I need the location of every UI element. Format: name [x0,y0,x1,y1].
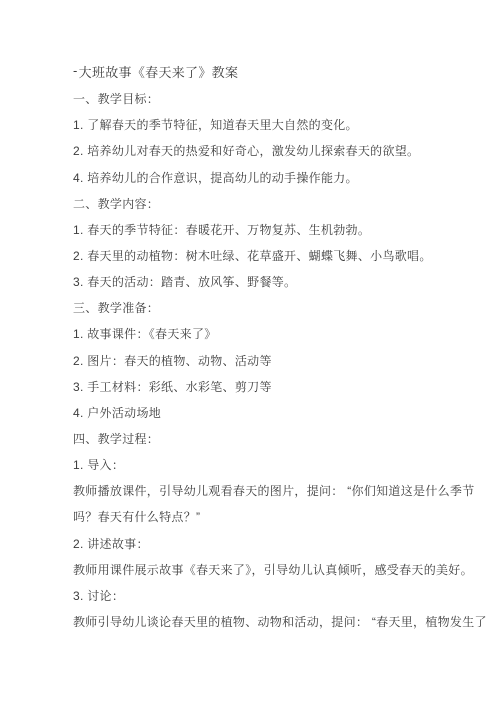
list-item-preparation-3: 3. 手工材料：彩纸、水彩笔、剪刀等 [73,374,482,400]
list-item-process-storytelling: 2. 讲述故事： [73,531,482,557]
list-item-objective-2: 2. 培养幼儿对春天的热爱和好奇心，激发幼儿探索春天的欲望。 [73,138,482,164]
paragraph-intro-question-1: 教师播放课件，引导幼儿观看春天的图片，提问： “你们知道这是什么季节 [73,478,482,504]
paragraph-discussion: 教师引导幼儿谈论春天里的植物、动物和活动，提问： “春天里，植物发生了 [73,609,482,635]
list-item-objective-4: 4. 培养幼儿的合作意识，提高幼儿的动手操作能力。 [73,165,482,191]
list-item-objective-1: 1. 了解春天的季节特征，知道春天里大自然的变化。 [73,112,482,138]
paragraph-storytelling: 教师用课件展示故事《春天来了》，引导幼儿认真倾听，感受春天的美好。 [73,557,482,583]
paragraph-intro-question-2: 吗？春天有什么特点？” [73,504,482,530]
section-heading-content: 二、教学内容： [73,191,482,217]
list-item-content-3: 3. 春天的活动：踏青、放风筝、野餐等。 [73,269,482,295]
section-heading-process: 四、教学过程： [73,426,482,452]
stray-mark: - [73,58,78,84]
section-heading-objectives: 一、教学目标： [73,86,482,112]
section-heading-preparation: 三、教学准备： [73,295,482,321]
list-item-preparation-2: 2. 图片：春天的植物、动物、活动等 [73,348,482,374]
document-title-text: 大班故事《春天来了》教案 [79,65,239,80]
document-page: -大班故事《春天来了》教案 一、教学目标： 1. 了解春天的季节特征，知道春天里… [0,0,500,707]
list-item-preparation-4: 4. 户外活动场地 [73,400,482,426]
list-item-content-2: 2. 春天里的动植物：树木吐绿、花草盛开、蝴蝶飞舞、小鸟歌唱。 [73,243,482,269]
list-item-preparation-1: 1. 故事课件：《春天来了》 [73,321,482,347]
document-title: -大班故事《春天来了》教案 [73,60,482,86]
list-item-process-discussion: 3. 讨论： [73,583,482,609]
list-item-content-1: 1. 春天的季节特征：春暖花开、万物复苏、生机勃勃。 [73,217,482,243]
list-item-process-intro: 1. 导入： [73,452,482,478]
